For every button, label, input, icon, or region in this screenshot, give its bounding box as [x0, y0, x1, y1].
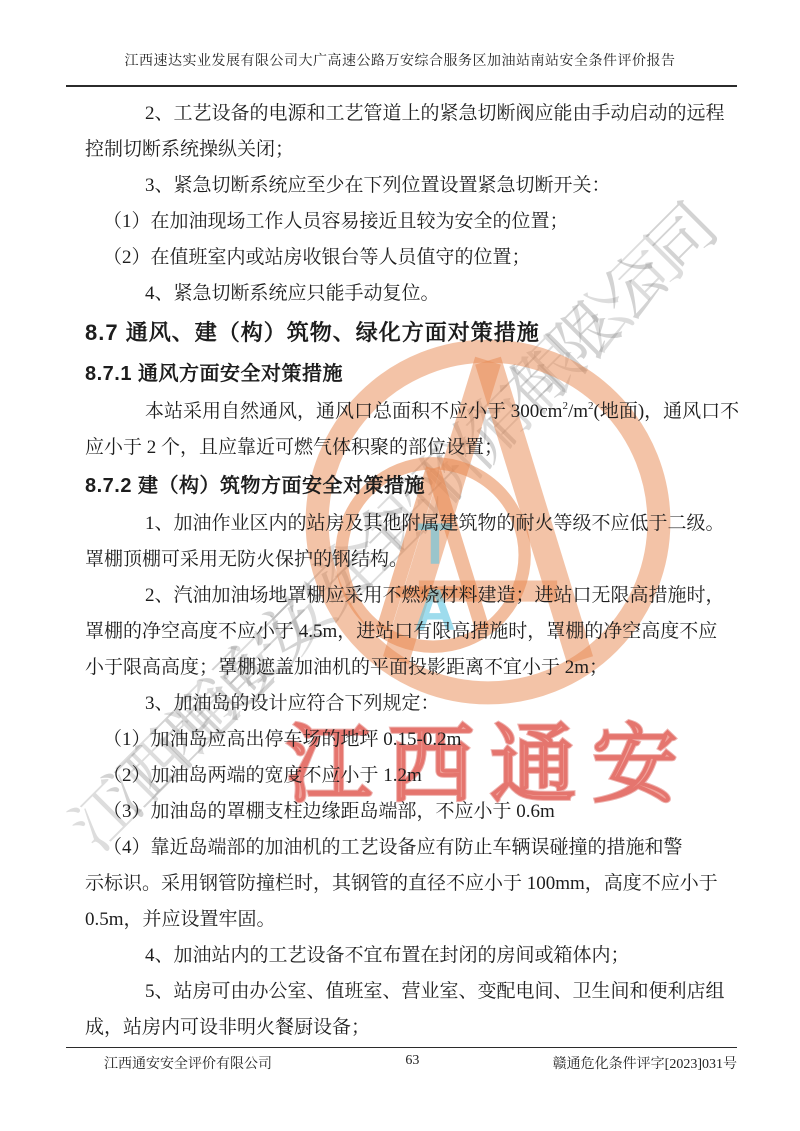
page-footer: 江西通安安全评价有限公司 63 赣通危化条件评字[2023]031号 [66, 1053, 737, 1073]
footer-page-number: 63 [405, 1053, 419, 1073]
body-line: （3）加油岛的罩棚支柱边缘距岛端部，不应小于 0.6m [85, 794, 719, 830]
body-line: 示标识。采用钢管防撞栏时，其钢管的直径不应小于 100mm，高度不应小于 [85, 866, 719, 902]
page-content: 2、工艺设备的电源和工艺管道上的紧急切断阀应能由手动启动的远程 控制切断系统操纵… [85, 96, 719, 1046]
body-line: （4）靠近岛端部的加油机的工艺设备应有防止车辆误碰撞的措施和警 [85, 830, 719, 866]
vent-text-mid: /m [568, 401, 588, 422]
body-line: 4、紧急切断系统应只能手动复位。 [85, 276, 719, 312]
body-line: 5、站房可由办公室、值班室、营业室、变配电间、卫生间和便利店组 [85, 974, 719, 1010]
body-line: 3、加油岛的设计应符合下列规定： [85, 686, 719, 722]
body-line: 罩棚顶棚可采用无防火保护的钢结构。 [85, 542, 719, 578]
body-line: 1、加油作业区内的站房及其他附属建筑物的耐火等级不应低于二级。 [85, 506, 719, 542]
body-line: 小于限高高度；罩棚遮盖加油机的平面投影距离不宜小于 2m； [85, 650, 719, 686]
vent-superscript-1: 2 [562, 400, 568, 412]
body-line: （2）加油岛两端的宽度不应小于 1.2m [85, 758, 719, 794]
footer-rule [66, 1047, 737, 1048]
section-heading-8-7-2: 8.7.2 建（构）筑物方面安全对策措施 [85, 466, 719, 506]
body-line: 3、紧急切断系统应至少在下列位置设置紧急切断开关： [85, 168, 719, 204]
body-line-ventilation: 本站采用自然通风，通风口总面积不应小于 300cm2/m2(地面)，通风口不 [85, 394, 719, 430]
section-heading-8-7: 8.7 通风、建（构）筑物、绿化方面对策措施 [85, 312, 719, 354]
body-line: 控制切断系统操纵关闭； [85, 132, 719, 168]
vent-superscript-2: 2 [588, 400, 594, 412]
body-line: 2、工艺设备的电源和工艺管道上的紧急切断阀应能由手动启动的远程 [85, 96, 719, 132]
body-line: 应小于 2 个，且应靠近可燃气体积聚的部位设置； [85, 430, 719, 466]
body-line: （2）在值班室内或站房收银台等人员值守的位置； [85, 240, 719, 276]
body-line: 4、加油站内的工艺设备不宜布置在封闭的房间或箱体内； [85, 938, 719, 974]
body-line: （1）在加油现场工作人员容易接近且较为安全的位置； [85, 204, 719, 240]
body-line: 2、汽油加油场地罩棚应采用不燃烧材料建造；进站口无限高措施时， [85, 578, 719, 614]
vent-text-pre: 本站采用自然通风，通风口总面积不应小于 300cm [145, 401, 562, 422]
report-page: 江西通安安全评价有限公司 江西通安安全评价有限公司 T A 江西通安 [0, 0, 800, 1131]
body-line: （1）加油岛应高出停车场的地坪 0.15-0.2m [85, 722, 719, 758]
body-line: 罩棚的净空高度不应小于 4.5m，进站口有限高措施时，罩棚的净空高度不应 [85, 614, 719, 650]
footer-doc-number: 赣通危化条件评字[2023]031号 [553, 1053, 737, 1073]
vent-text-post: (地面)，通风口不 [594, 401, 740, 422]
header-title: 江西速达实业发展有限公司大广高速公路万安综合服务区加油站南站安全条件评价报告 [0, 50, 800, 70]
header-rule [66, 85, 737, 87]
section-heading-8-7-1: 8.7.1 通风方面安全对策措施 [85, 354, 719, 394]
body-line: 0.5m，并应设置牢固。 [85, 902, 719, 938]
body-line: 成，站房内可设非明火餐厨设备； [85, 1010, 719, 1046]
footer-company: 江西通安安全评价有限公司 [66, 1053, 272, 1073]
